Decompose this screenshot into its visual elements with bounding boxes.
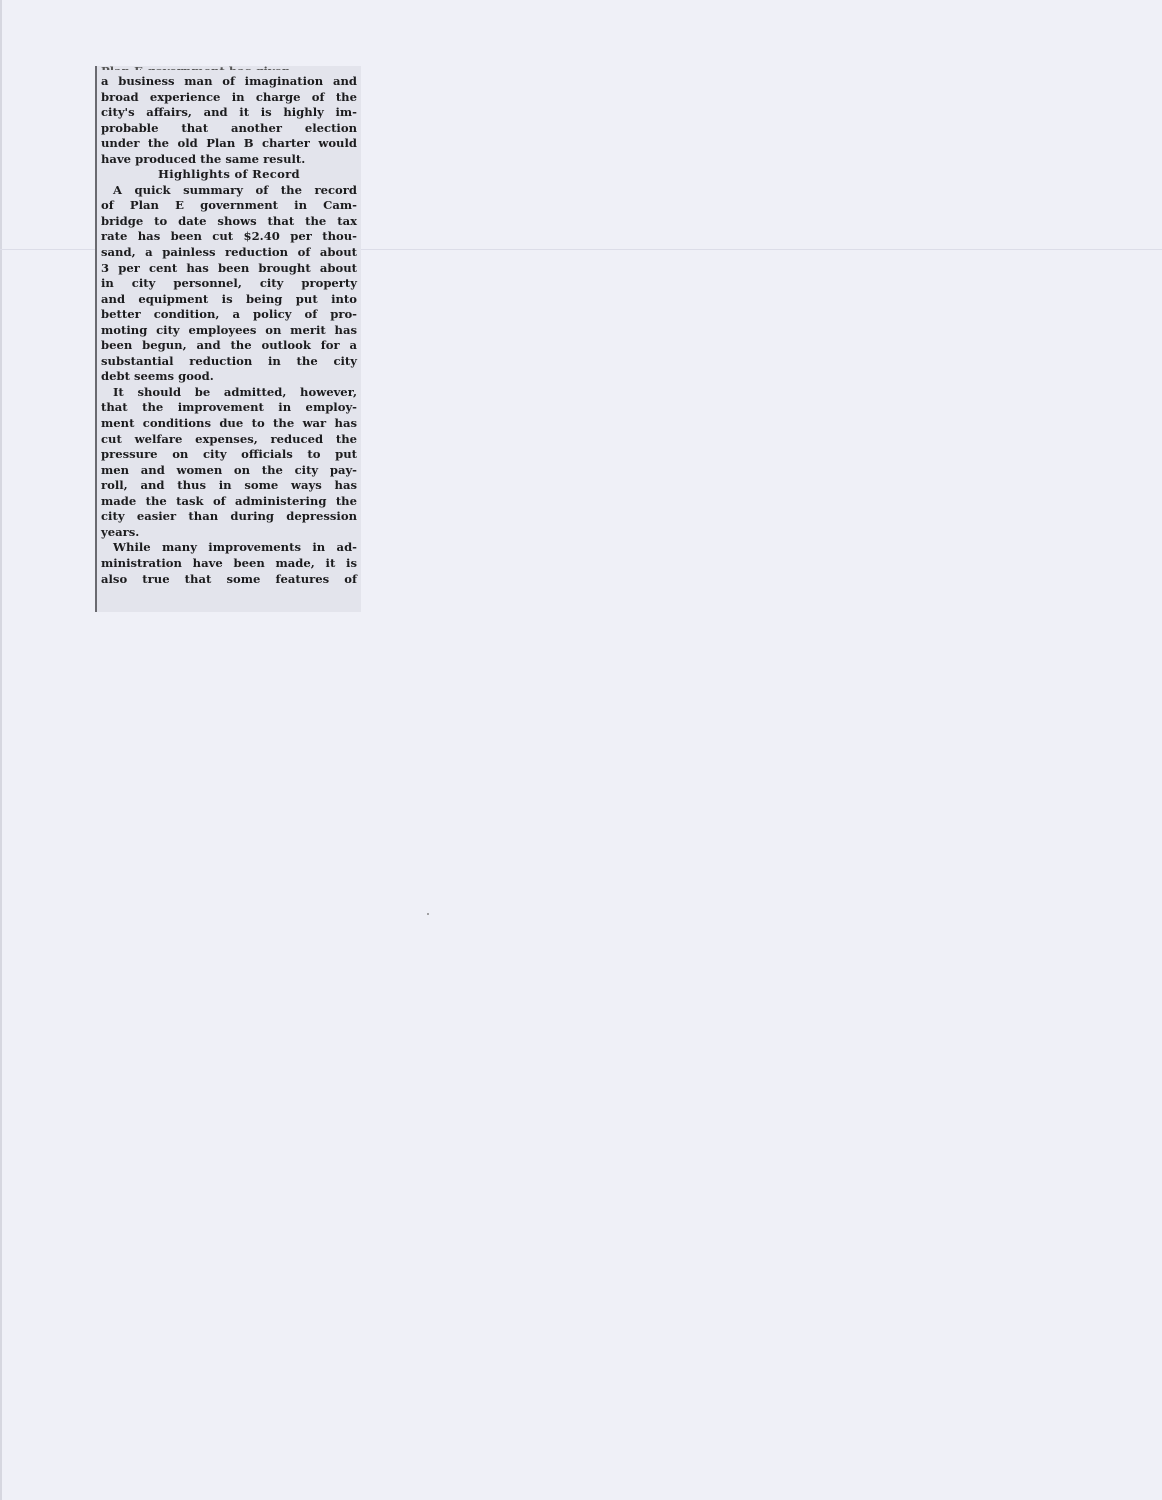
text-line: also true that some features of <box>101 572 357 588</box>
text-line: city easier than during depression <box>101 509 357 525</box>
text-line: of Plan E government in Cam- <box>101 198 357 214</box>
scan-speck <box>427 913 429 915</box>
text-line: been begun, and the outlook for a <box>101 338 357 354</box>
text-line: broad experience in charge of the <box>101 90 357 106</box>
section-heading: Highlights of Record <box>101 167 357 183</box>
cut-off-top-line: Plan E government has given <box>101 66 357 70</box>
text-line: city's affairs, and it is highly im- <box>101 105 357 121</box>
newspaper-clipping: Plan E government has given a business m… <box>95 66 361 612</box>
text-line: moting city employees on merit has <box>101 323 357 339</box>
text-line: 3 per cent has been brought about <box>101 261 357 277</box>
text-line: substantial reduction in the city <box>101 354 357 370</box>
text-line: men and women on the city pay- <box>101 463 357 479</box>
text-line: better condition, a policy of pro- <box>101 307 357 323</box>
text-line: debt seems good. <box>101 369 357 385</box>
text-line: sand, a painless reduction of about <box>101 245 357 261</box>
text-line: and equipment is being put into <box>101 292 357 308</box>
text-line: a business man of imagination and <box>101 74 357 90</box>
text-line: cut welfare expenses, reduced the <box>101 432 357 448</box>
text-line: that the improvement in employ- <box>101 400 357 416</box>
text-line: in city personnel, city property <box>101 276 357 292</box>
text-line: It should be admitted, however, <box>101 385 357 401</box>
paragraph-admission: It should be admitted, however, that the… <box>101 385 357 540</box>
text-line: bridge to date shows that the tax <box>101 214 357 230</box>
text-line: years. <box>101 525 357 541</box>
text-line: probable that another election <box>101 121 357 137</box>
text-line: made the task of administering the <box>101 494 357 510</box>
text-line: A quick summary of the record <box>101 183 357 199</box>
text-line: roll, and thus in some ways has <box>101 478 357 494</box>
paragraph-improvements: While many improvements in ad- ministrat… <box>101 540 357 587</box>
text-line: pressure on city officials to put <box>101 447 357 463</box>
text-line: under the old Plan B charter would <box>101 136 357 152</box>
text-line: have produced the same result. <box>101 152 357 168</box>
scan-edge <box>0 0 2 1500</box>
text-line: ment conditions due to the war has <box>101 416 357 432</box>
text-line: ministration have been made, it is <box>101 556 357 572</box>
paragraph-summary: A quick summary of the record of Plan E … <box>101 183 357 385</box>
paragraph-intro: a business man of imagination and broad … <box>101 74 357 167</box>
text-line: While many improvements in ad- <box>101 540 357 556</box>
text-line: rate has been cut $2.40 per thou- <box>101 229 357 245</box>
